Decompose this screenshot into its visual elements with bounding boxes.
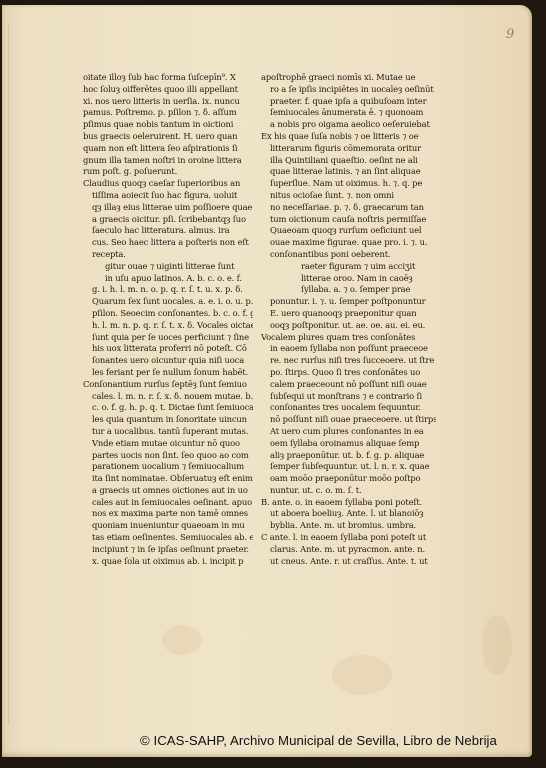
text-line: ſemper ſubſequuntur. ut. l. n. r. x. qua… — [261, 461, 436, 473]
text-line: ſubſequi ut monſtrans ⁊ e contrario ſi — [261, 391, 436, 403]
text-line: hoc ſoluȝ oifferētes quoo illi appellant — [83, 84, 253, 96]
text-line: bus graecis oeleruirent. H. uero quan — [83, 131, 253, 143]
text-line: cales aut in ſemiuocales oeſinant. apuo — [83, 497, 253, 509]
text-line: ouae maxime figurae. quae pro. i. ⁊. u. — [261, 237, 436, 249]
text-line: tur a uocalibus. tantū ſuperant mutas. — [83, 426, 253, 438]
text-line: c. o. f. g. h. p. q. t. Dictae ſunt ſemi… — [83, 402, 253, 414]
text-line: nō poſſunt niſi ouae praeceoere. ut ſtir… — [261, 414, 436, 426]
text-line: oem ſyllaba oroinamus aliquae ſemp — [261, 438, 436, 450]
text-line: x. quae ſola ut oiximus ab. i. incipit p — [83, 556, 253, 568]
text-line: pſimus quae nobis tantum in oictioni — [83, 119, 253, 131]
text-line: a graecis ut omnes oictiones aut in uo — [83, 485, 253, 497]
text-line: cales. l. m. n. r. ſ. x. ẟ. nouem mutae.… — [83, 391, 253, 403]
paper-stain — [162, 625, 202, 655]
text-line: nitus ocioſae ſunt. ⁊. non omni — [261, 190, 436, 202]
text-line: tas etiam oeſinentes. Semiuocales ab. e — [83, 532, 253, 544]
text-line: illa Quintiliani quaeſtio. oeſint ne ali — [261, 155, 436, 167]
text-line: Claudius quoqȝ caeſar ſuperioribus an — [83, 178, 253, 190]
text-line: ſaeculo hac litteratura. almus. ira — [83, 225, 253, 237]
text-line: gnum illa tamen noſtri in oroine littera — [83, 155, 253, 167]
text-line: praeter. f. quae ipſa a quibuſoam inter — [261, 96, 436, 108]
text-line: ut aboera boeliuȝ. Ante. l. ut blanoiōȝ — [261, 508, 436, 520]
text-line: litterae oroo. Nam in caoēȝ — [261, 273, 436, 285]
text-line: pamus. Poſtremo. p. pſilon ⁊. ẟ. aſſum — [83, 107, 253, 119]
text-line: h. l. m. n. p. q. r. ſ. t. x. ẟ. Vocales… — [83, 320, 253, 332]
text-column-left: oitate illoȝ ſub hac forma ſuſcepīn⁹. Xh… — [83, 72, 253, 567]
text-line: in eaoem ſyllaba non poſſunt praeceoe — [261, 343, 436, 355]
text-line: les feriant per ſe nullum ſonum habēt. — [83, 367, 253, 379]
text-line: ſonantes uero oicuntur quia niſi uoca — [83, 355, 253, 367]
text-line: ſunt quia per ſe uoces perficiunt ⁊ ſine — [83, 332, 253, 344]
text-line: nos ex maxima parte non tamē omnes — [83, 508, 253, 520]
text-line: quam non eſt littera ſeo aſpirationis ſi — [83, 143, 253, 155]
text-line: recepta. — [83, 249, 253, 261]
folio-number: 9 — [506, 27, 514, 42]
text-line: Ex his quae ſuſa nobis ⁊ oe litteris ⁊ o… — [261, 131, 436, 143]
text-line: quoniam inueniuntur quaeoam in mu — [83, 520, 253, 532]
text-line: tiſſima aoiecit ſuo hac figura. uoluit — [83, 190, 253, 202]
text-line: ut cneus. Ante. r. ut craſſus. Ante. t. … — [261, 556, 436, 568]
text-line: Conſonantium rurſus ſeptēȝ ſunt ſemiuo — [83, 379, 253, 391]
text-line: a graecis oicitur. pſi. ſcribebantqȝ ſuo — [83, 214, 253, 226]
manuscript-page: 9 oitate illoȝ ſub hac forma ſuſcepīn⁹. … — [2, 5, 532, 757]
text-line: po. ſtirps. Quoo ſi tres conſonātes uo — [261, 367, 436, 379]
text-line: g. i. h. l. m. n. o. p. q. r. ſ. t. u. x… — [83, 284, 253, 296]
text-line: Quaeoam quoqȝ rurſum oeficiunt uel — [261, 225, 436, 237]
paper-stain — [482, 615, 512, 675]
text-line: clarus. Ante. m. ut pyracmon. ante. n. — [261, 544, 436, 556]
text-line: byblia. Ante. m. ut bromius. umbra. — [261, 520, 436, 532]
text-column-right: apoſtrophē graeci nomīs xi. Mutae uero a… — [261, 72, 436, 567]
copyright-caption: © ICAS-SAHP, Archivo Municipal de Sevill… — [140, 733, 497, 748]
text-line: oam moōo praeponūtur moōo poſtpo — [261, 473, 436, 485]
text-line: cus. Seo haec littera a poſteris non eſt — [83, 237, 253, 249]
text-line: xi. nos uero litteris in uerſia. ix. nun… — [83, 96, 253, 108]
text-line: conſonantes tres uocalem ſequuntur. — [261, 402, 436, 414]
text-line: raeter figuram ⁊ uim acciʒit — [261, 261, 436, 273]
text-line: Vnde etiam mutae oicuntur nō quoo — [83, 438, 253, 450]
text-line: parationem uocalium ⁊ ſemiuocalium — [83, 461, 253, 473]
text-line: E. uero quanooqȝ praeponitur quan — [261, 308, 436, 320]
text-line: calem praeceount nō poſſunt niſi ouae — [261, 379, 436, 391]
text-line: gitur ouae ⁊ uiginti litterae ſunt — [83, 261, 253, 273]
text-line: apoſtrophē graeci nomīs xi. Mutae ue — [261, 72, 436, 84]
text-line: oitate illoȝ ſub hac forma ſuſcepīn⁹. X — [83, 72, 253, 84]
text-line: aliȝ praeponūtur. ut. b. f. g. p. aliqua… — [261, 450, 436, 462]
text-line: a nobis pro oigama aeolico oeſeruiebat — [261, 119, 436, 131]
text-line: in uſu apuo latinos. A. b. c. o. e. f. — [83, 273, 253, 285]
text-line: C ante. l. in eaoem ſyllaba poni poteſt … — [261, 532, 436, 544]
text-line: B. ante. o. in eaoem ſyllaba poni poteſt… — [261, 497, 436, 509]
text-line: nuntur. ut. c. o. m. ſ. t. — [261, 485, 436, 497]
text-line: rum poſt. g. poſuerunt. — [83, 166, 253, 178]
text-line: ita ſint nominatae. Obſeruatuȝ eſt enim — [83, 473, 253, 485]
text-line: no neceſſariae. p. ⁊. ẟ. graecarum tan — [261, 202, 436, 214]
text-line: his uox litterata proferri nō poteſt. Cō — [83, 343, 253, 355]
text-line: litterarum figuris cōmemorata oritur — [261, 143, 436, 155]
text-line: les quia quantum in ſonoritate uincun — [83, 414, 253, 426]
text-line: qȝ illaȝ eius litterae uim poſſioere qua… — [83, 202, 253, 214]
text-line: Vocalem plures quam tres conſonātes — [261, 332, 436, 344]
text-line: ooqȝ poſtponitur. ut. ae. oe. au. ei. eu… — [261, 320, 436, 332]
text-line: ſemiuocales ānumerata ē. ⁊ quonoam — [261, 107, 436, 119]
text-line: quae litterae latinis. ⁊ an ſint aliquae — [261, 166, 436, 178]
text-line: ponuntur. i. ⁊. u. ſemper poſtponuntur — [261, 296, 436, 308]
text-line: ſyllaba. a. ⁊ o. ſemper prae — [261, 284, 436, 296]
text-line: At uero cum plures conſonantes in ea — [261, 426, 436, 438]
text-line: tum oictionum cauſa noſtris permiſſae — [261, 214, 436, 226]
text-line: ſuperſlue. Nam ut oiximus. h. ⁊. q. pe — [261, 178, 436, 190]
text-line: partes uocis non ſint. ſeo quoo ao com — [83, 450, 253, 462]
text-line: re. nec rurſus niſi tres ſucceoere. ut ſ… — [261, 355, 436, 367]
paper-stain — [332, 655, 392, 695]
text-line: pſilon. Seoecim conſonantes. b. c. o. f.… — [83, 308, 253, 320]
text-line: Quarum ſex ſunt uocales. a. e. i. o. u. … — [83, 296, 253, 308]
text-line: ro a ſe ipſis incipiētes in uocaleȝ oeſi… — [261, 84, 436, 96]
text-line: incipiunt ⁊ in ſe ipſas oeſinunt praeter… — [83, 544, 253, 556]
text-line: conſonantibus poni oeberent. — [261, 249, 436, 261]
